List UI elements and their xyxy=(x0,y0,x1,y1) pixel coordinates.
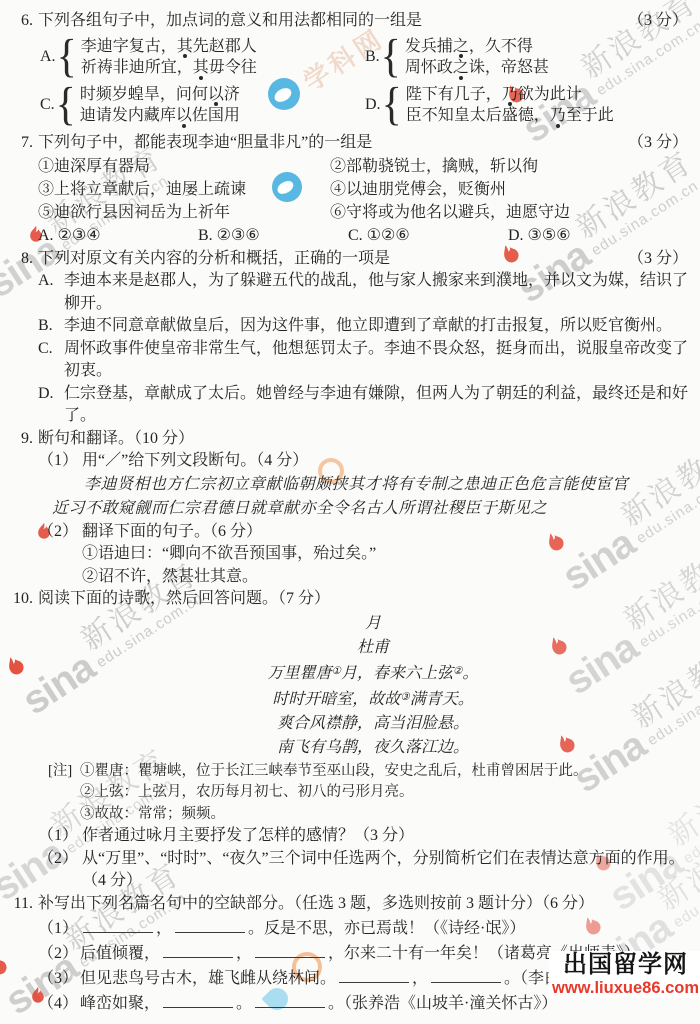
question-10-head: 10.阅读下面的诗歌，然后回答问题。（7 分） xyxy=(38,588,688,611)
option-row-cd: C. { 时频岁蝗旱，问何以济 迪请发内藏库以佐国用 D. { 陛下有几子，乃欲… xyxy=(38,84,688,127)
item-text: 。（张养浩《山坡羊·潼关怀古》） xyxy=(328,995,557,1012)
poem-text: 南飞有乌鹊，夜久落江边。 xyxy=(277,739,469,756)
footnote-marker: ③ xyxy=(400,692,409,703)
question-stem: 补写出下列名篇名句中的空缺部分。（任选 3 题，多选则按前 3 题计分）（6 分… xyxy=(38,895,594,912)
subquestion-text: 用“／”给下列文段断句。（4 分） xyxy=(82,452,308,469)
subquestion-label: （2） xyxy=(38,848,78,871)
question-8-head: 8.下列对原文有关内容的分析和概括，正确的一项是（3 分） xyxy=(38,248,688,271)
question-6: 6.下列各组句子中，加点词的意义和用法都相同的一组是（3 分） A. { 李迪字… xyxy=(38,10,688,127)
option-text: 李迪本来是赵郡人，为了躲避五代的战乱，他与家人搬家来到濮地，并以文为媒，结识了柳… xyxy=(64,272,688,312)
option-group-b: B. { 发兵捕之，久不得 周怀政之诛，帝怒甚 xyxy=(365,36,688,79)
question-7: 7.下列句子中，都能表现李迪“胆量非凡”的一组是（3 分） ①迪深厚有器局 ②部… xyxy=(38,132,688,248)
item-text: 。 xyxy=(236,995,252,1012)
sentence-text: 祈祷非迪所宜， xyxy=(81,59,193,76)
item-text: ， xyxy=(236,945,252,962)
choice-c: C. ①②⑥ xyxy=(348,224,508,248)
poem-text: 爽合风襟静，高当泪脸悬。 xyxy=(277,715,469,732)
question-stem: 断句和翻译。（10 分） xyxy=(38,430,194,447)
item-label: （4） xyxy=(38,992,78,1016)
poem-title: 月 xyxy=(78,612,668,636)
dotted-char: 其 xyxy=(193,59,209,76)
answer-blank xyxy=(163,943,233,958)
sentence-text: 毋令往 xyxy=(209,59,257,76)
question-9-head: 9.断句和翻译。（10 分） xyxy=(38,428,688,451)
subquestion-1: （1）用“／”给下列文段断句。（4 分） xyxy=(38,450,688,473)
question-stem: 下列各组句子中，加点词的意义和用法都相同的一组是 xyxy=(38,12,422,29)
choice-a: A. ②③④ xyxy=(38,224,198,248)
brace-glyph: { xyxy=(381,35,401,79)
brace-glyph: { xyxy=(382,83,402,127)
subquestion-text: 从“万里”、“时时”、“夜久”三个词中任选两个，分别简析它们在表情达意方面的作用… xyxy=(82,850,685,890)
sentence-text: 至于此 xyxy=(566,107,614,124)
poem-line: 时时开暗室，故故③满青天。 xyxy=(78,686,668,712)
choice-a: A.李迪本来是赵郡人，为了躲避五代的战乱，他与家人搬家来到濮地，并以文为媒，结识… xyxy=(38,270,688,315)
points-label: （3 分） xyxy=(628,10,688,33)
translation-sentence-2: ②诏不许，然甚壮其意。 xyxy=(82,566,688,589)
choice-row: A. ②③④ B. ②③⑥ C. ①②⑥ D. ③⑤⑥ xyxy=(38,224,688,248)
note-line: ②上弦：上弦月，农历每月初七、初八的弓形月亮。 xyxy=(80,782,688,804)
poem-author: 杜甫 xyxy=(78,636,668,660)
question-6-head: 6.下列各组句子中，加点词的意义和用法都相同的一组是（3 分） xyxy=(38,10,688,33)
footnote-marker: ② xyxy=(453,666,462,677)
numbered-sentence: ⑥守将或为他名以避兵，迪愿守边 xyxy=(330,201,688,224)
note-line: ①瞿唐：瞿塘峡，位于长江三峡奉节至巫山段，安史之乱后，杜甫曾困居于此。 xyxy=(80,761,688,783)
answer-blank xyxy=(431,968,501,983)
item-label: （3） xyxy=(38,967,78,991)
dotted-char: 乃 xyxy=(502,86,518,103)
question-number: 6. xyxy=(21,10,38,33)
answer-blank xyxy=(255,993,325,1008)
footnote-marker: ① xyxy=(332,666,341,677)
option-label: A. xyxy=(38,270,54,293)
dotted-char: 其 xyxy=(177,38,193,55)
sentence-text: 佐国用 xyxy=(192,107,240,124)
question-number: 7. xyxy=(21,132,38,155)
sentence-text: 先赵郡人 xyxy=(193,38,257,55)
numbered-sentences: ①迪深厚有器局 ②部勒骁锐士，擒贼，斩以徇 ③上将立章献后，迪屡上疏谏 ④以迪朋… xyxy=(38,155,688,224)
answer-blank xyxy=(255,943,325,958)
exam-page: 6.下列各组句子中，加点词的意义和用法都相同的一组是（3 分） A. { 李迪字… xyxy=(0,0,700,1024)
question-stem: 阅读下面的诗歌，然后回答问题。（7 分） xyxy=(38,590,330,607)
poem-text: 时时开暗室，故故 xyxy=(272,691,400,708)
option-group-c: C. { 时频岁蝗旱，问何以济 迪请发内藏库以佐国用 xyxy=(40,84,363,127)
brace-glyph: { xyxy=(56,83,76,127)
option-label: A. xyxy=(40,46,56,69)
option-group-d: D. { 陛下有几子，乃欲为此计 臣不知皇太后盛德，乃至于此 xyxy=(365,84,688,127)
item-text: 后值倾覆， xyxy=(80,945,160,962)
answer-blank xyxy=(339,968,409,983)
option-label: B. xyxy=(365,46,380,69)
choice-d: D.仁宗登基，章献成了太后。她曾经与李迪有嫌隙，但两人为了朝廷的利益，最终还是和… xyxy=(38,383,688,428)
poem-line: 万里瞿唐①月，春来六上弦②。 xyxy=(78,660,668,686)
points-label: （3 分） xyxy=(628,248,688,271)
sentence-text: 迪请发内藏库 xyxy=(80,107,176,124)
choice-b: B.李迪不同意章献做皇后，因为这件事，他立即遭到了章献的打击报复，所以贬官衡州。 xyxy=(38,315,688,338)
option-text: 李迪不同意章献做皇后，因为这件事，他立即遭到了章献的打击报复，所以贬官衡州。 xyxy=(64,317,672,334)
question-7-head: 7.下列句子中，都能表现李迪“胆量非凡”的一组是（3 分） xyxy=(38,132,688,155)
question-9: 9.断句和翻译。（10 分） （1）用“／”给下列文段断句。（4 分） 李迪贤相… xyxy=(38,428,688,589)
dotted-char: 之 xyxy=(453,59,469,76)
numbered-sentence: ⑤迪欲行县因祠岳为上祈年 xyxy=(38,201,330,224)
brace-glyph: { xyxy=(57,35,77,79)
poem-text: 万里瞿唐 xyxy=(268,665,332,682)
dotted-char: 乃 xyxy=(550,107,566,124)
item-label: （2） xyxy=(38,942,78,966)
question-8: 8.下列对原文有关内容的分析和概括，正确的一项是（3 分） A.李迪本来是赵郡人… xyxy=(38,248,688,428)
numbered-sentence: ②部勒骁锐士，擒贼，斩以徇 xyxy=(330,155,688,178)
dotted-char: 之 xyxy=(453,38,469,55)
item-text: 但见悲鸟号古木，雄飞雌从绕林间。 xyxy=(80,970,336,987)
question-10: 10.阅读下面的诗歌，然后回答问题。（7 分） 月 杜甫 万里瞿唐①月，春来六上… xyxy=(38,588,688,893)
subquestion-text: 翻译下面的句子。（6 分） xyxy=(82,523,262,540)
option-label: C. xyxy=(38,338,53,361)
option-label: D. xyxy=(365,94,381,117)
question-number: 9. xyxy=(21,428,38,451)
poem-line: 爽合风襟静，高当泪脸悬。 xyxy=(78,712,668,736)
answer-blank xyxy=(175,918,245,933)
sentence-text: 诛，帝怒甚 xyxy=(469,59,549,76)
subquestion-label: （2） xyxy=(38,521,78,544)
classical-passage: 李迪贤相也方仁宗初立章献临朝颇挟其才将有专制之患迪正色危言能使宦官 近习不敢窥觎… xyxy=(52,473,688,521)
subquestion-2: （2）从“万里”、“时时”、“夜久”三个词中任选两个，分别简析它们在表情达意方面… xyxy=(38,848,688,893)
answer-blank xyxy=(83,918,153,933)
note-line: ③故故：常常；频频。 xyxy=(80,804,688,826)
option-label: C. xyxy=(40,94,55,117)
option-text: 周怀政事件使皇帝非常生气，他想惩罚太子。李迪不畏众怒，挺身而出，说服皇帝改变了初… xyxy=(64,340,688,380)
note-label: [注] xyxy=(48,761,72,783)
option-text: 仁宗登基，章献成了太后。她曾经与李迪有嫌隙，但两人为了朝廷的利益，最终还是和好了… xyxy=(64,385,688,425)
passage-line: 李迪贤相也方仁宗初立章献临朝颇挟其才将有专制之患迪正色危言能使宦官 xyxy=(52,473,688,497)
choice-c: C.周怀政事件使皇帝非常生气，他想惩罚太子。李迪不畏众怒，挺身而出，说服皇帝改变… xyxy=(38,338,688,383)
item-text: 峰峦如聚， xyxy=(80,995,160,1012)
question-11-head: 11.补写出下列名篇名句中的空缺部分。（任选 3 题，多选则按前 3 题计分）（… xyxy=(38,893,688,916)
option-row-ab: A. { 李迪字复古，其先赵郡人 祈祷非迪所宜，其毋令往 B. { 发兵捕之，久… xyxy=(38,36,688,79)
poem-line: 南飞有乌鹊，夜久落江边。 xyxy=(78,736,668,760)
option-group-a: A. { 李迪字复古，其先赵郡人 祈祷非迪所宜，其毋令往 xyxy=(40,36,363,79)
sentence-text: ，久不得 xyxy=(469,38,533,55)
subquestion-1: （1）作者通过咏月主要抒发了怎样的感情？（3 分） xyxy=(38,825,688,848)
passage-line: 近习不敢窥觎而仁宗君德日就章献亦全令名古人所谓社稷臣于斯见之 xyxy=(52,497,688,521)
fill-blank-item-1: （1），。反是不思，亦已焉哉！（《诗经·氓》） xyxy=(38,917,688,941)
sentence-text: 时频岁蝗旱，问何 xyxy=(80,86,208,103)
subquestion-2: （2）翻译下面的句子。（6 分） xyxy=(38,521,688,544)
answer-blank xyxy=(163,993,233,1008)
poem: 月 杜甫 万里瞿唐①月，春来六上弦②。 时时开暗室，故故③满青天。 爽合风襟静，… xyxy=(78,612,668,760)
question-number: 11. xyxy=(14,893,38,916)
subquestion-text: 作者通过咏月主要抒发了怎样的感情？（3 分） xyxy=(82,827,414,844)
question-number: 8. xyxy=(21,248,38,271)
liuxue86-logo: 出国留学网 www.liuxue86.com xyxy=(549,951,700,998)
poem-text: 月，春来六上弦 xyxy=(341,665,453,682)
poem-notes: [注] ①瞿唐：瞿塘峡，位于长江三峡奉节至巫山段，安史之乱后，杜甫曾困居于此。 … xyxy=(48,761,688,826)
liuxue86-name: 出国留学网 xyxy=(552,952,699,979)
translation-sentence-1: ①语迪曰：“卿向不欲吾预国事，殆过矣。” xyxy=(82,543,688,566)
numbered-sentence: ①迪深厚有器局 xyxy=(38,155,330,178)
subquestion-label: （1） xyxy=(38,825,78,848)
item-text: 。反是不思，亦已焉哉！（《诗经·氓》） xyxy=(248,920,525,937)
numbered-sentence: ③上将立章献后，迪屡上疏谏 xyxy=(38,178,330,201)
dotted-char: 以 xyxy=(208,86,224,103)
poem-text: 满青天。 xyxy=(410,691,474,708)
choice-b: B. ②③⑥ xyxy=(198,224,348,248)
sentence-text: 李迪字复古， xyxy=(81,38,177,55)
item-label: （1） xyxy=(38,917,78,941)
sentence-text: 陛下有几子， xyxy=(406,86,502,103)
sentence-text: 济 xyxy=(224,86,240,103)
poem-text: 。 xyxy=(462,665,478,682)
sentence-pair: 发兵捕之，久不得 周怀政之诛，帝怒甚 xyxy=(405,36,549,79)
sentence-text: 臣不知皇太后盛德， xyxy=(406,107,550,124)
question-stem: 下列对原文有关内容的分析和概括，正确的一项是 xyxy=(38,250,390,267)
subquestion-label: （1） xyxy=(38,450,78,473)
sentence-text: 周怀政 xyxy=(405,59,453,76)
dotted-char: 以 xyxy=(176,107,192,124)
sentence-text: 欲为此计 xyxy=(518,86,582,103)
liuxue86-url: www.liuxue86.com xyxy=(552,979,699,997)
numbered-sentence: ④以迪朋党傅会，贬衡州 xyxy=(330,178,688,201)
sentence-pair: 陛下有几子，乃欲为此计 臣不知皇太后盛德，乃至于此 xyxy=(406,84,614,127)
item-text: ， xyxy=(156,920,172,937)
option-label: B. xyxy=(38,315,53,338)
sentence-pair: 李迪字复古，其先赵郡人 祈祷非迪所宜，其毋令往 xyxy=(81,36,257,79)
item-text: ， xyxy=(412,970,428,987)
points-label: （3 分） xyxy=(628,132,688,155)
sentence-pair: 时频岁蝗旱，问何以济 迪请发内藏库以佐国用 xyxy=(80,84,240,127)
option-label: D. xyxy=(38,383,54,406)
sentence-text: 发兵捕 xyxy=(405,38,453,55)
choice-d: D. ③⑤⑥ xyxy=(508,224,571,248)
question-number: 10. xyxy=(13,588,38,611)
question-stem: 下列句子中，都能表现李迪“胆量非凡”的一组是 xyxy=(38,134,372,151)
